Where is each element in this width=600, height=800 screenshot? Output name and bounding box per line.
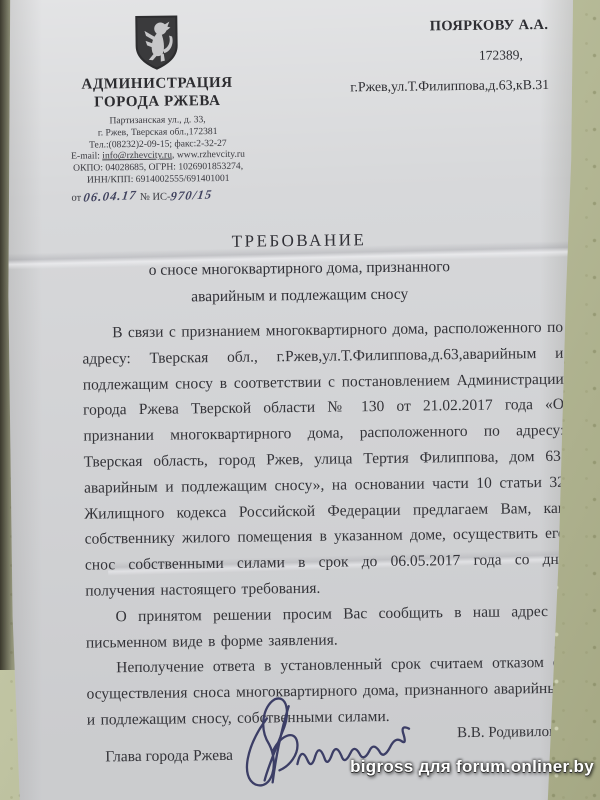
paragraph-2: О принятом решении просим Вас сообщить в… (85, 599, 567, 656)
letterhead: АДМИНИСТРАЦИЯ ГОРОДА РЖЕВА Партизанская … (31, 12, 283, 205)
paragraph-1: В связи с признанием многоквартирного до… (82, 315, 566, 605)
recipient-postcode: 172389, (269, 47, 549, 66)
title-block: ТРЕБОВАНИЕ о сносе многоквартирного дома… (59, 228, 540, 308)
document-paper: АДМИНИСТРАЦИЯ ГОРОДА РЖЕВА Партизанская … (0, 0, 600, 800)
signature-icon (223, 690, 439, 793)
signer-name: В.В. Родивилов (457, 724, 556, 742)
doc-subtitle-line2: аварийным и подлежащим сносу (60, 284, 540, 308)
address-inn: ИНН/КПП: 6914002555/691401001 (33, 172, 283, 187)
website-link: , www.rzhevcity.ru (172, 149, 245, 161)
coat-of-arms-icon (131, 13, 182, 72)
recipient-name: ПОЯРКОВУ А.А. (268, 17, 548, 37)
recipient-address: г.Ржев,ул.Т.Филиппова,д.63,кВ.31 (269, 77, 549, 96)
ref-number-handwritten: 970/15 (170, 187, 214, 204)
watermark-text: bigross для forum.onliner.by (350, 757, 594, 777)
doc-title: ТРЕБОВАНИЕ (59, 228, 539, 254)
email-link: info@rzhevcity.ru (102, 150, 172, 162)
recipient-block: ПОЯРКОВУ А.А. 172389, г.Ржев,ул.Т.Филипп… (268, 17, 549, 96)
email-label: E-mail: (71, 151, 102, 162)
signer-position: Глава города Ржева (105, 747, 233, 767)
ref-number-label: № ИС- (137, 191, 170, 202)
org-name-line2: ГОРОДА РЖЕВА (32, 92, 282, 113)
doc-subtitle-line1: о сносе многоквартирного дома, признанно… (59, 257, 539, 281)
ref-date-handwritten: 06.04.17 (83, 188, 138, 206)
document-content: АДМИНИСТРАЦИЯ ГОРОДА РЖЕВА Партизанская … (0, 0, 600, 800)
ref-line: от 06.04.17 № ИС-970/15 (33, 187, 283, 205)
document-body: В связи с признанием многоквартирного до… (82, 315, 568, 734)
letterhead-address-block: Партизанская ул., д. 33, г. Ржев, Тверск… (32, 113, 283, 187)
